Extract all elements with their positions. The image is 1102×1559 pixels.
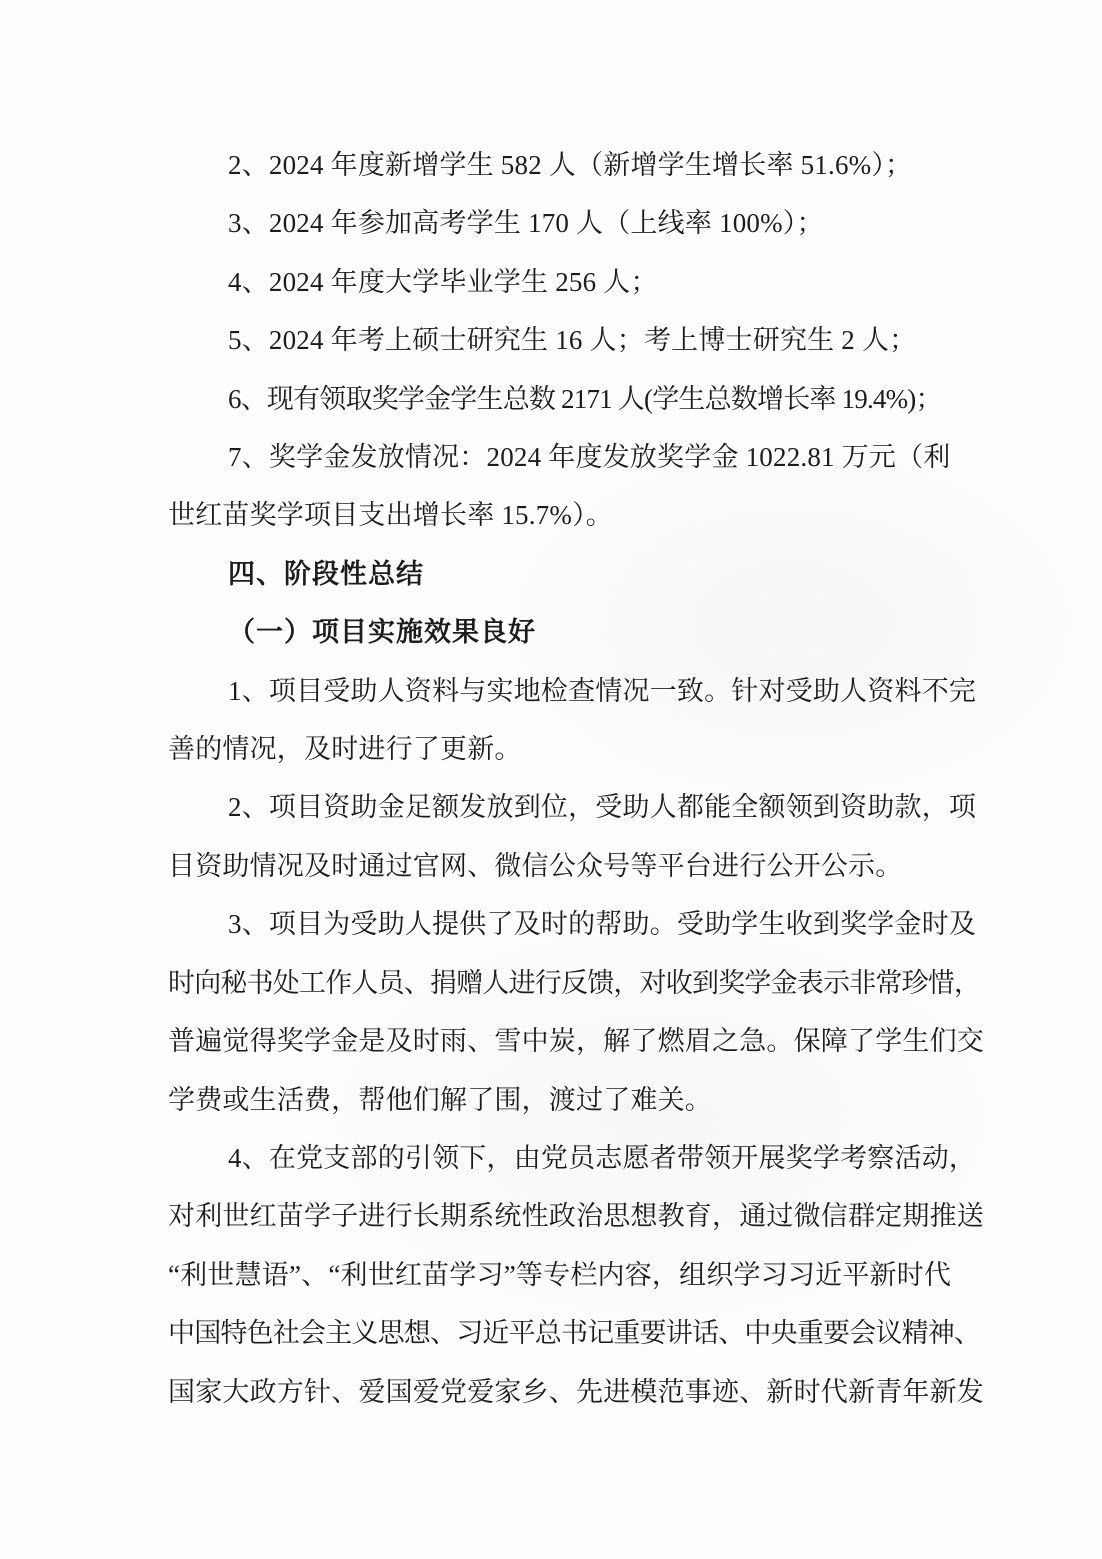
text-line: 善的情况，及时进行了更新。: [168, 720, 998, 778]
document-page: 2、2024 年度新增学生 582 人（新增学生增长率 51.6%）；3、202…: [0, 0, 1102, 1559]
text-line: 6、现有领取奖学金学生总数 2171 人(学生总数增长率 19.4%)；: [168, 370, 998, 428]
text-line: 3、项目为受助人提供了及时的帮助。受助学生收到奖学金时及: [168, 895, 998, 953]
text-line: 2、2024 年度新增学生 582 人（新增学生增长率 51.6%）；: [168, 136, 998, 194]
text-line: “利世慧语”、“利世红苗学习”等专栏内容，组织学习习近平新时代: [168, 1246, 998, 1304]
text-line: 目资助情况及时通过官网、微信公众号等平台进行公开公示。: [168, 837, 998, 895]
text-line: 世红苗奖学项目支出增长率 15.7%）。: [168, 486, 998, 544]
text-line: 时向秘书处工作人员、捐赠人进行反馈，对收到奖学金表示非常珍惜，: [168, 954, 998, 1012]
text-line: 学费或生活费，帮他们解了围，渡过了难关。: [168, 1071, 998, 1129]
section-heading: 四、阶段性总结: [168, 545, 998, 603]
text-line: 国家大政方针、爱国爱党爱家乡、先进模范事迹、新时代新青年新发: [168, 1363, 998, 1421]
text-line: 4、在党支部的引领下，由党员志愿者带领开展奖学考察活动，: [168, 1129, 998, 1187]
text-line: 3、2024 年参加高考学生 170 人（上线率 100%）；: [168, 194, 998, 252]
text-line: 中国特色社会主义思想、习近平总书记重要讲话、中央重要会议精神、: [168, 1304, 998, 1362]
text-line: 2、项目资助金足额发放到位，受助人都能全额领到资助款，项: [168, 778, 998, 836]
text-line: 1、项目受助人资料与实地检查情况一致。针对受助人资料不完: [168, 662, 998, 720]
text-line: 5、2024 年考上硕士研究生 16 人；考上博士研究生 2 人；: [168, 311, 998, 369]
text-line: 普遍觉得奖学金是及时雨、雪中炭，解了燃眉之急。保障了学生们交: [168, 1012, 998, 1070]
text-line: 4、2024 年度大学毕业学生 256 人；: [168, 253, 998, 311]
text-line: 7、奖学金发放情况：2024 年度发放奖学金 1022.81 万元（利: [168, 428, 998, 486]
document-body: 2、2024 年度新增学生 582 人（新增学生增长率 51.6%）；3、202…: [168, 136, 998, 1421]
text-line: 对利世红苗学子进行长期系统性政治思想教育，通过微信群定期推送: [168, 1187, 998, 1245]
section-heading: （一）项目实施效果良好: [168, 603, 998, 661]
